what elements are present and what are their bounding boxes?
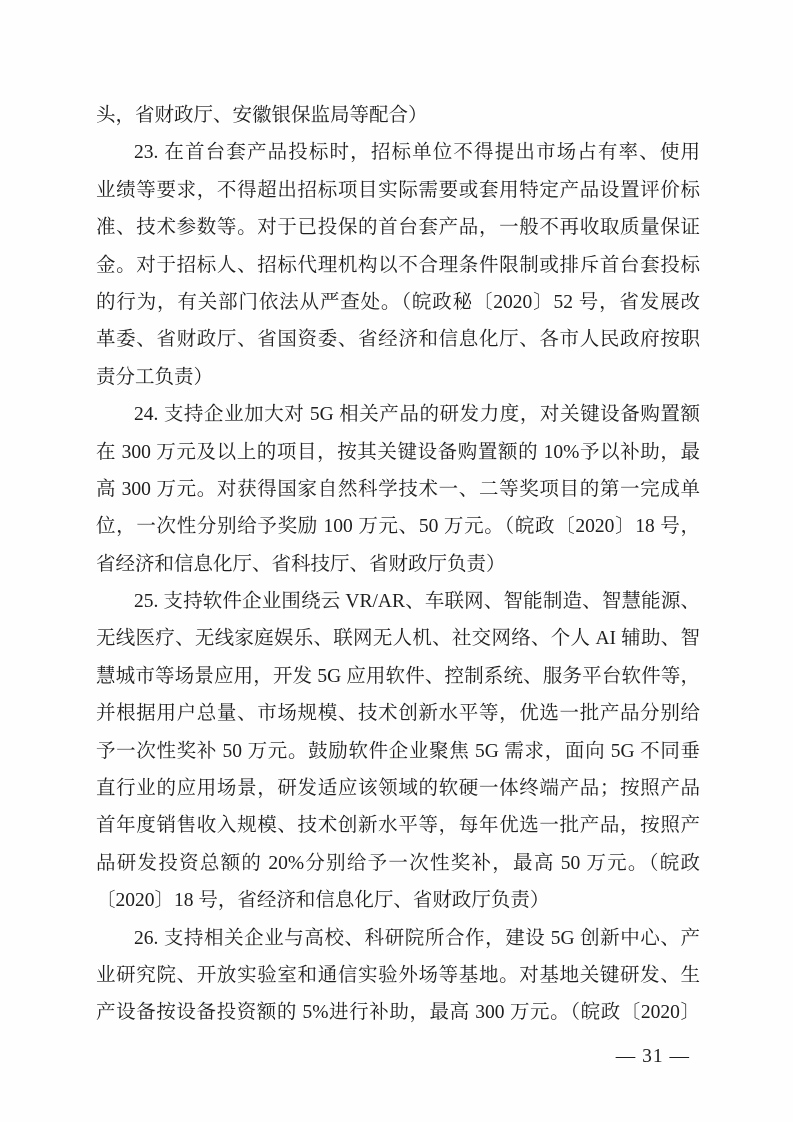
text-line: 予一次性奖补 50 万元。鼓励软件企业聚焦 5G 需求，面向 5G 不同垂	[96, 733, 700, 770]
text-line: 首年度销售收入规模、技术创新水平等，每年优选一批产品，按照产	[96, 807, 700, 844]
text-line: 责分工负责）	[96, 359, 700, 396]
text-line: 产设备按设备投资额的 5%进行补助，最高 300 万元。（皖政〔2020〕	[96, 994, 700, 1031]
text-line: 〔2020〕18 号，省经济和信息化厅、省财政厅负责）	[96, 882, 700, 919]
text-line: 在 300 万元及以上的项目，按其关键设备购置额的 10%予以补助，最	[96, 434, 700, 471]
text-line: 的行为，有关部门依法从严查处。（皖政秘〔2020〕52 号，省发展改	[96, 284, 700, 321]
text-line: 25. 支持软件企业围绕云 VR/AR、车联网、智能制造、智慧能源、	[96, 583, 700, 620]
text-line: 慧城市等场景应用，开发 5G 应用软件、控制系统、服务平台软件等，	[96, 658, 700, 695]
text-line: 并根据用户总量、市场规模、技术创新水平等，优选一批产品分别给	[96, 695, 700, 732]
text-line: 品研发投资总额的 20%分别给予一次性奖补，最高 50 万元。（皖政	[96, 845, 700, 882]
text-line: 准、技术参数等。对于已投保的首台套产品，一般不再收取质量保证	[96, 209, 700, 246]
text-line: 直行业的应用场景，研发适应该领域的软硬一体终端产品；按照产品	[96, 770, 700, 807]
text-line: 头，省财政厅、安徽银保监局等配合）	[96, 97, 700, 134]
document-body: 头，省财政厅、安徽银保监局等配合）23. 在首台套产品投标时，招标单位不得提出市…	[96, 97, 700, 1032]
text-line: 革委、省财政厅、省国资委、省经济和信息化厅、各市人民政府按职	[96, 321, 700, 358]
text-line: 26. 支持相关企业与高校、科研院所合作，建设 5G 创新中心、产	[96, 920, 700, 957]
text-line: 金。对于招标人、招标代理机构以不合理条件限制或排斥首台套投标	[96, 247, 700, 284]
text-line: 高 300 万元。对获得国家自然科学技术一、二等奖项目的第一完成单	[96, 471, 700, 508]
text-line: 业研究院、开放实验室和通信实验外场等基地。对基地关键研发、生	[96, 957, 700, 994]
text-line: 省经济和信息化厅、省科技厅、省财政厅负责）	[96, 546, 700, 583]
page-number: — 31 —	[616, 1045, 690, 1069]
text-line: 业绩等要求，不得超出招标项目实际需要或套用特定产品设置评价标	[96, 172, 700, 209]
document-page: 头，省财政厅、安徽银保监局等配合）23. 在首台套产品投标时，招标单位不得提出市…	[0, 0, 793, 1122]
text-line: 位，一次性分别给予奖励 100 万元、50 万元。（皖政〔2020〕18 号，	[96, 508, 700, 545]
text-line: 无线医疗、无线家庭娱乐、联网无人机、社交网络、个人 AI 辅助、智	[96, 620, 700, 657]
text-line: 23. 在首台套产品投标时，招标单位不得提出市场占有率、使用	[96, 134, 700, 171]
text-line: 24. 支持企业加大对 5G 相关产品的研发力度，对关键设备购置额	[96, 396, 700, 433]
